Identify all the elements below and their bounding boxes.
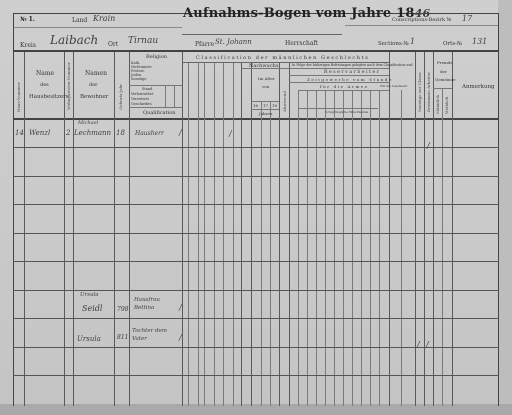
row-line bbox=[13, 290, 499, 291]
col-line bbox=[289, 62, 290, 406]
row-line bbox=[13, 233, 499, 234]
pfarre-label: Pfarre bbox=[195, 41, 214, 48]
col-line bbox=[251, 62, 252, 406]
row-line bbox=[13, 176, 499, 177]
header-haus-nummer: Haus-Nummer bbox=[16, 82, 21, 112]
conscription-value: 17 bbox=[462, 14, 472, 23]
header-name-3: Hausbesitzers bbox=[29, 94, 69, 100]
row-line bbox=[13, 375, 499, 376]
cell-qualification: Hausfrau Bettina bbox=[134, 296, 178, 312]
title-underline bbox=[182, 34, 342, 35]
col-line bbox=[241, 62, 242, 406]
cell-bewohner-top: Michael bbox=[78, 120, 98, 126]
header-religion: Religion bbox=[146, 54, 167, 60]
col-line bbox=[452, 52, 453, 406]
header-namen-2: der bbox=[89, 82, 98, 88]
header-namen-1: Namen bbox=[85, 70, 107, 77]
cell-haus-nr: 14 bbox=[15, 129, 24, 137]
col-line bbox=[129, 52, 130, 406]
cell-bewohner-top: Ursula bbox=[80, 292, 99, 298]
header-nachwuchs: Nachwuchs bbox=[249, 63, 278, 69]
col-line bbox=[433, 52, 434, 406]
col-line bbox=[279, 62, 280, 406]
header-qualification: Qualification bbox=[143, 110, 175, 116]
header-stand: Stand bbox=[142, 87, 152, 91]
header-name-1: Name bbox=[36, 70, 54, 77]
cell-bewohner: Ursula bbox=[77, 335, 101, 343]
cell-jahr: 811 bbox=[117, 334, 128, 341]
ort-label: Ort bbox=[108, 41, 118, 48]
header-wohnparteien: Wohnparteien-Nummer bbox=[66, 62, 71, 110]
cell-qualification: Tochter dem Vater bbox=[132, 327, 178, 343]
col-line bbox=[73, 52, 74, 406]
header-sub-line bbox=[14, 27, 182, 28]
cell-hausbesitzer: Wenzl bbox=[29, 129, 50, 137]
col-line bbox=[24, 52, 25, 406]
header-namen-3: Bewohner bbox=[80, 94, 108, 100]
cell-jahr: 18 bbox=[116, 129, 125, 137]
header-classification: Classification der männlichen Geschlecht… bbox=[196, 55, 369, 61]
form-number: № 1. bbox=[20, 16, 35, 23]
header-divider bbox=[13, 50, 499, 52]
cell-wohn-nr: 2 bbox=[66, 129, 70, 137]
title-text: Aufnahms-Bogen vom Jahre 18 bbox=[183, 6, 415, 21]
col-line bbox=[64, 52, 65, 406]
header-sub-line-right bbox=[345, 25, 498, 26]
orts-label: Orts-№ bbox=[443, 41, 462, 47]
header-name-2: des bbox=[40, 82, 49, 88]
page-edge-bottom bbox=[0, 404, 512, 415]
land-value: Krain bbox=[93, 14, 115, 23]
kreis-value: Laibach bbox=[50, 33, 98, 47]
page-edge-right bbox=[498, 0, 512, 415]
sections-value: 1 bbox=[410, 37, 415, 46]
header-anmerkung: Anmerkung bbox=[462, 84, 495, 90]
row-line bbox=[13, 318, 499, 319]
land-label: Land bbox=[72, 17, 87, 24]
col-line bbox=[389, 52, 390, 406]
header-geburtsjahr: Geburts-Jahr bbox=[118, 84, 123, 110]
cell-bewohner: Lechmann bbox=[74, 129, 111, 137]
kreis-label: Kreis bbox=[20, 42, 36, 49]
col-line bbox=[424, 52, 425, 406]
cell-jahr: 798 bbox=[117, 306, 128, 313]
col-line bbox=[114, 52, 115, 406]
sections-label: Sections-№ bbox=[378, 41, 409, 47]
cell-qualification: Hausherr bbox=[135, 130, 164, 137]
ort-value: Tirnau bbox=[128, 36, 158, 46]
col-line bbox=[182, 52, 183, 406]
conscription-label: Conscriptions-Bezirk № bbox=[392, 17, 451, 23]
col-line bbox=[415, 52, 416, 406]
cell-bewohner: Seidl bbox=[82, 304, 102, 313]
row-line bbox=[13, 204, 499, 205]
row-line bbox=[13, 261, 499, 262]
pfarre-value: St. Johann bbox=[215, 38, 252, 46]
orts-value: 131 bbox=[472, 37, 487, 46]
herrschaft-label: Herrschaft bbox=[285, 40, 318, 47]
